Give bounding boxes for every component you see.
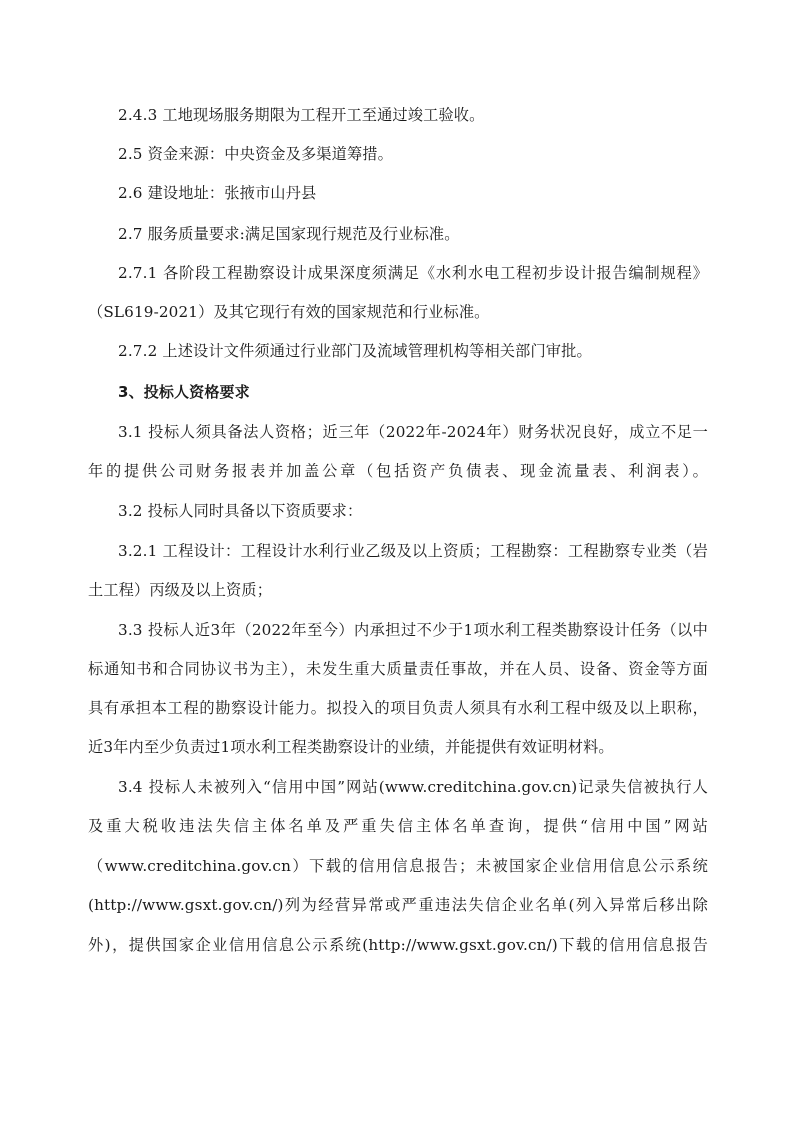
clause-2-7-2: 2.7.2 上述设计文件须通过行业部门及流域管理机构等相关部门审批。 [118,341,708,361]
clause-3-3: 3.3 投标人近3年（2022年至今）内承担过不少于1项水利工程类勘察设计任务（… [118,620,708,640]
clause-3-4-cont-3: (http://www.gsxt.gov.cn/)列为经营异常或严重违法失信企业… [88,895,708,915]
section-3-heading: 3、投标人资格要求 [118,382,708,402]
clause-2-6: 2.6 建设地址：张掖市山丹县 [118,183,708,203]
clause-3-4-cont-1: 及重大税收违法失信主体名单及严重失信主体名单查询，提供“信用中国”网站 [88,816,708,836]
clause-2-4-3: 2.4.3 工地现场服务期限为工程开工至通过竣工验收。 [118,105,708,125]
clause-3-2-1-cont: 土工程）丙级及以上资质； [88,580,708,600]
clause-3-1: 3.1 投标人须具备法人资格；近三年（2022年-2024年）财务状况良好，成立… [118,422,708,442]
clause-3-2: 3.2 投标人同时具备以下资质要求： [118,501,708,521]
clause-2-7-1-cont: （SL619-2021）及其它现行有效的国家规范和行业标准。 [88,302,708,322]
clause-3-4-cont-4: 外)，提供国家企业信用信息公示系统(http://www.gsxt.gov.cn… [88,935,708,955]
clause-3-3-cont-1: 标通知书和合同协议书为主），未发生重大质量责任事故，并在人员、设备、资金等方面 [88,659,708,679]
clause-2-7: 2.7 服务质量要求:满足国家现行规范及行业标准。 [118,224,708,244]
clause-2-5: 2.5 资金来源：中央资金及多渠道筹措。 [118,144,708,164]
clause-3-2-1: 3.2.1 工程设计：工程设计水利行业乙级及以上资质；工程勘察：工程勘察专业类（… [118,541,708,561]
clause-3-4: 3.4 投标人未被列入“信用中国”网站(www.creditchina.gov.… [118,777,708,797]
clause-3-3-cont-2: 具有承担本工程的勘察设计能力。拟投入的项目负责人须具有水利工程中级及以上职称， [88,698,708,718]
clause-3-1-cont: 年的提供公司财务报表并加盖公章（包括资产负债表、现金流量表、利润表）。 [88,461,708,481]
clause-3-4-cont-2: （www.creditchina.gov.cn）下载的信用信息报告；未被国家企业… [88,856,708,876]
document-page: 2.4.3 工地现场服务期限为工程开工至通过竣工验收。 2.5 资金来源：中央资… [0,0,793,1122]
clause-2-7-1: 2.7.1 各阶段工程勘察设计成果深度须满足《水利水电工程初步设计报告编制规程》 [118,263,708,283]
clause-3-3-cont-3: 近3年内至少负责过1项水利工程类勘察设计的业绩，并能提供有效证明材料。 [88,737,708,757]
